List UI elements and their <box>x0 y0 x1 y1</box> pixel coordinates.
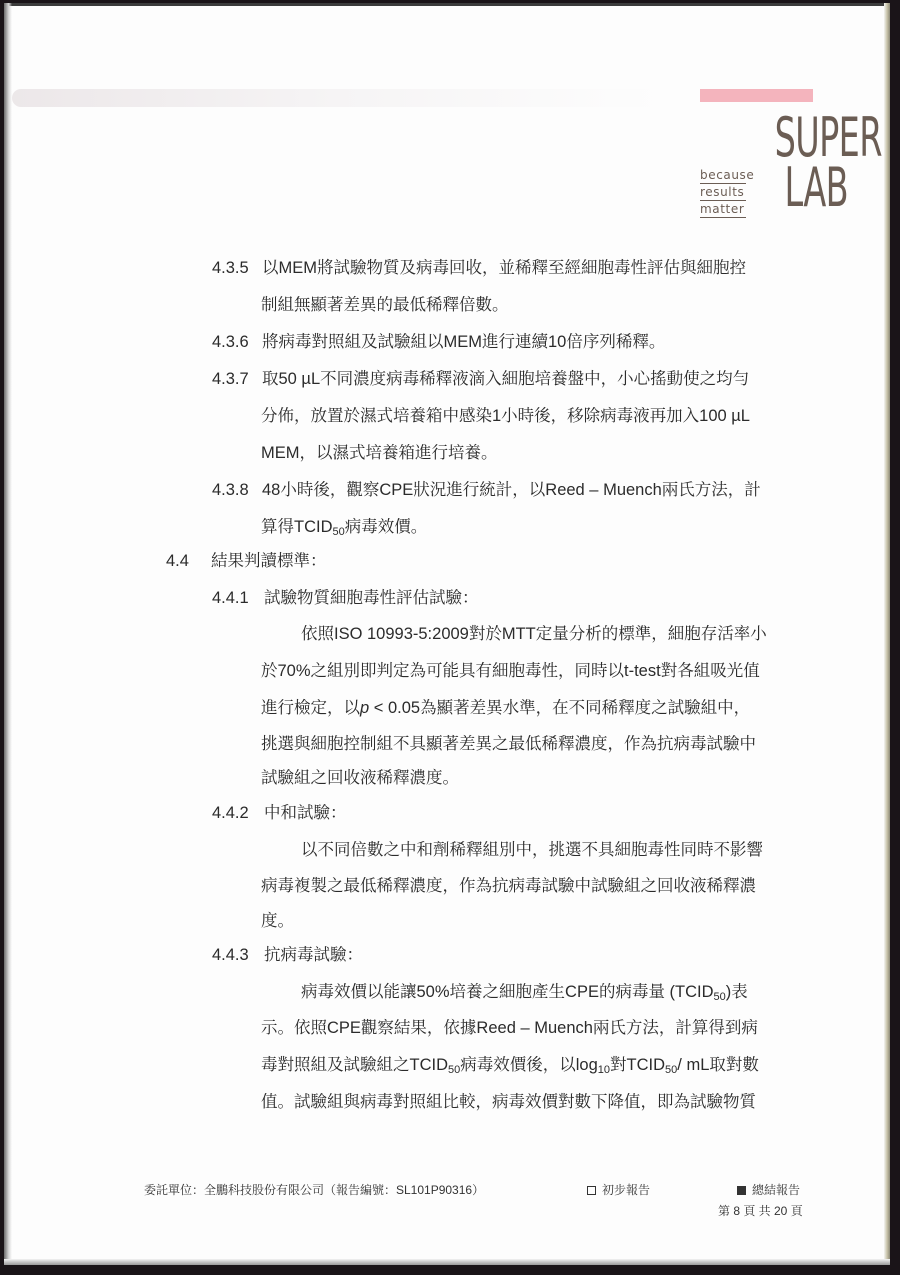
paragraph-line: 示。依照CPE觀察結果，依據Reed – Muench兩氏方法，計算得到病 <box>261 1018 758 1038</box>
section-text-continued: 制組無顯著差異的最低稀釋倍數。 <box>261 295 509 315</box>
checkbox-label: 總結報告 <box>752 1183 800 1197</box>
scan-top-edge <box>4 3 890 6</box>
text-run: 病毒效價。 <box>345 518 428 536</box>
section-title: 結果判讀標準： <box>211 552 327 570</box>
section-title: 中和試驗： <box>264 804 347 822</box>
text-run: 進行檢定，以 <box>261 699 360 717</box>
scan-right-edge <box>884 3 890 1265</box>
checked-box-icon <box>737 1186 746 1195</box>
scan-binding-shadow <box>4 3 12 1265</box>
subscript: 50 <box>448 1064 460 1076</box>
tagline-word: matter <box>700 202 746 218</box>
text-run: )表 <box>726 983 748 1001</box>
paragraph-line: 度。 <box>261 911 294 931</box>
section-title: 抗病毒試驗： <box>264 946 363 964</box>
section-4-4-heading: 4.4結果判讀標準： <box>166 551 327 571</box>
scan-bottom-edge <box>4 1259 890 1265</box>
text-run: / mL取對數 <box>677 1056 759 1074</box>
tagline-word: because <box>700 168 746 184</box>
footer-preliminary-report: 初步報告 <box>587 1183 650 1197</box>
section-text: 48小時後，觀察CPE狀況進行統計，以Reed – Muench兩氏方法，計 <box>262 481 761 499</box>
paragraph-line: 病毒效價以能讓50%培養之細胞產生CPE的病毒量 (TCID50)表 <box>301 982 748 1002</box>
text-run: 對TCID <box>610 1056 665 1074</box>
logo-accent-bar <box>700 89 813 102</box>
paragraph-line: 於70%之組別即判定為可能具有細胞毒性，同時以t-test對各組吸光值 <box>261 661 760 681</box>
logo-tagline: because results matter <box>700 168 746 219</box>
section-number: 4.4.1 <box>212 588 264 608</box>
page-indicator: 第 8 頁 共 20 頁 <box>718 1204 803 1218</box>
text-run: 算得TCID <box>261 518 333 536</box>
paragraph-line: 進行檢定，以p < 0.05為顯著差異水準，在不同稀釋度之試驗組中， <box>261 698 750 718</box>
document-page: SUPER LAB because results matter 4.3.5以M… <box>4 3 890 1265</box>
logo-lab-text: LAB <box>785 161 818 215</box>
section-number: 4.3.8 <box>212 480 262 500</box>
text-run: 病毒效價後，以log <box>460 1056 598 1074</box>
italic-p: p <box>360 699 369 717</box>
checkbox-label: 初步報告 <box>602 1183 650 1197</box>
paragraph-line: 毒對照組及試驗組之TCID50病毒效價後，以log10對TCID50/ mL取對… <box>261 1055 759 1075</box>
section-number: 4.4 <box>166 551 211 571</box>
section-text-continued: MEM，以濕式培養箱進行培養。 <box>261 443 498 463</box>
section-4-4-2-heading: 4.4.2中和試驗： <box>212 803 347 823</box>
section-4-4-3-heading: 4.4.3抗病毒試驗： <box>212 945 363 965</box>
paragraph-line: 挑選與細胞控制組不具顯著差異之最低稀釋濃度，作為抗病毒試驗中 <box>261 734 756 754</box>
section-text: 取50 µL不同濃度病毒稀釋液滴入細胞培養盤中，小心搖動使之均勻 <box>262 370 749 388</box>
section-number: 4.3.7 <box>212 369 262 389</box>
section-4-3-7: 4.3.7取50 µL不同濃度病毒稀釋液滴入細胞培養盤中，小心搖動使之均勻 <box>212 369 749 389</box>
section-text: 將病毒對照組及試驗組以MEM進行連續10倍序列稀釋。 <box>262 333 665 351</box>
subscript: 50 <box>333 526 345 538</box>
section-text-continued: 算得TCID50病毒效價。 <box>261 517 427 537</box>
scan-smear <box>12 89 662 107</box>
section-4-3-5: 4.3.5以MEM將試驗物質及病毒回收，並稀釋至經細胞毒性評估與細胞控 <box>212 258 746 278</box>
footer-client-info: 委託單位：全鵬科技股份有限公司（報告編號：SL101P90316） <box>144 1183 484 1197</box>
section-title: 試驗物質細胞毒性評估試驗： <box>264 589 479 607</box>
paragraph-line: 試驗組之回收液稀釋濃度。 <box>261 768 459 788</box>
paragraph-line: 依照ISO 10993-5:2009對於MTT定量分析的標準，細胞存活率小 <box>301 624 767 644</box>
text-run: 毒對照組及試驗組之TCID <box>261 1056 448 1074</box>
footer-final-report: 總結報告 <box>737 1183 800 1197</box>
paragraph-line: 以不同倍數之中和劑稀釋組別中，挑選不具細胞毒性同時不影響 <box>301 840 763 860</box>
unchecked-box-icon <box>587 1186 596 1195</box>
section-text: 以MEM將試驗物質及病毒回收，並稀釋至經細胞毒性評估與細胞控 <box>262 259 746 277</box>
paragraph-line: 值。試驗組與病毒對照組比較，病毒效價對數下降值，即為試驗物質 <box>261 1092 756 1112</box>
section-number: 4.4.3 <box>212 945 264 965</box>
tagline-word: results <box>700 185 746 201</box>
text-run: 病毒效價以能讓50%培養之細胞產生CPE的病毒量 (TCID <box>301 983 714 1001</box>
subscript: 50 <box>665 1064 677 1076</box>
section-text-continued: 分佈，放置於濕式培養箱中感染1小時後，移除病毒液再加入100 µL <box>261 406 750 426</box>
text-run: < 0.05為顯著差異水準，在不同稀釋度之試驗組中， <box>369 699 750 717</box>
paragraph-line: 病毒複製之最低稀釋濃度，作為抗病毒試驗中試驗組之回收液稀釋濃 <box>261 876 756 896</box>
section-number: 4.3.5 <box>212 258 262 278</box>
subscript: 50 <box>714 991 726 1003</box>
section-4-4-1-heading: 4.4.1試驗物質細胞毒性評估試驗： <box>212 588 479 608</box>
subscript: 10 <box>598 1064 610 1076</box>
section-4-3-6: 4.3.6將病毒對照組及試驗組以MEM進行連續10倍序列稀釋。 <box>212 332 665 352</box>
section-4-3-8: 4.3.848小時後，觀察CPE狀況進行統計，以Reed – Muench兩氏方… <box>212 480 761 500</box>
section-number: 4.3.6 <box>212 332 262 352</box>
section-number: 4.4.2 <box>212 803 264 823</box>
